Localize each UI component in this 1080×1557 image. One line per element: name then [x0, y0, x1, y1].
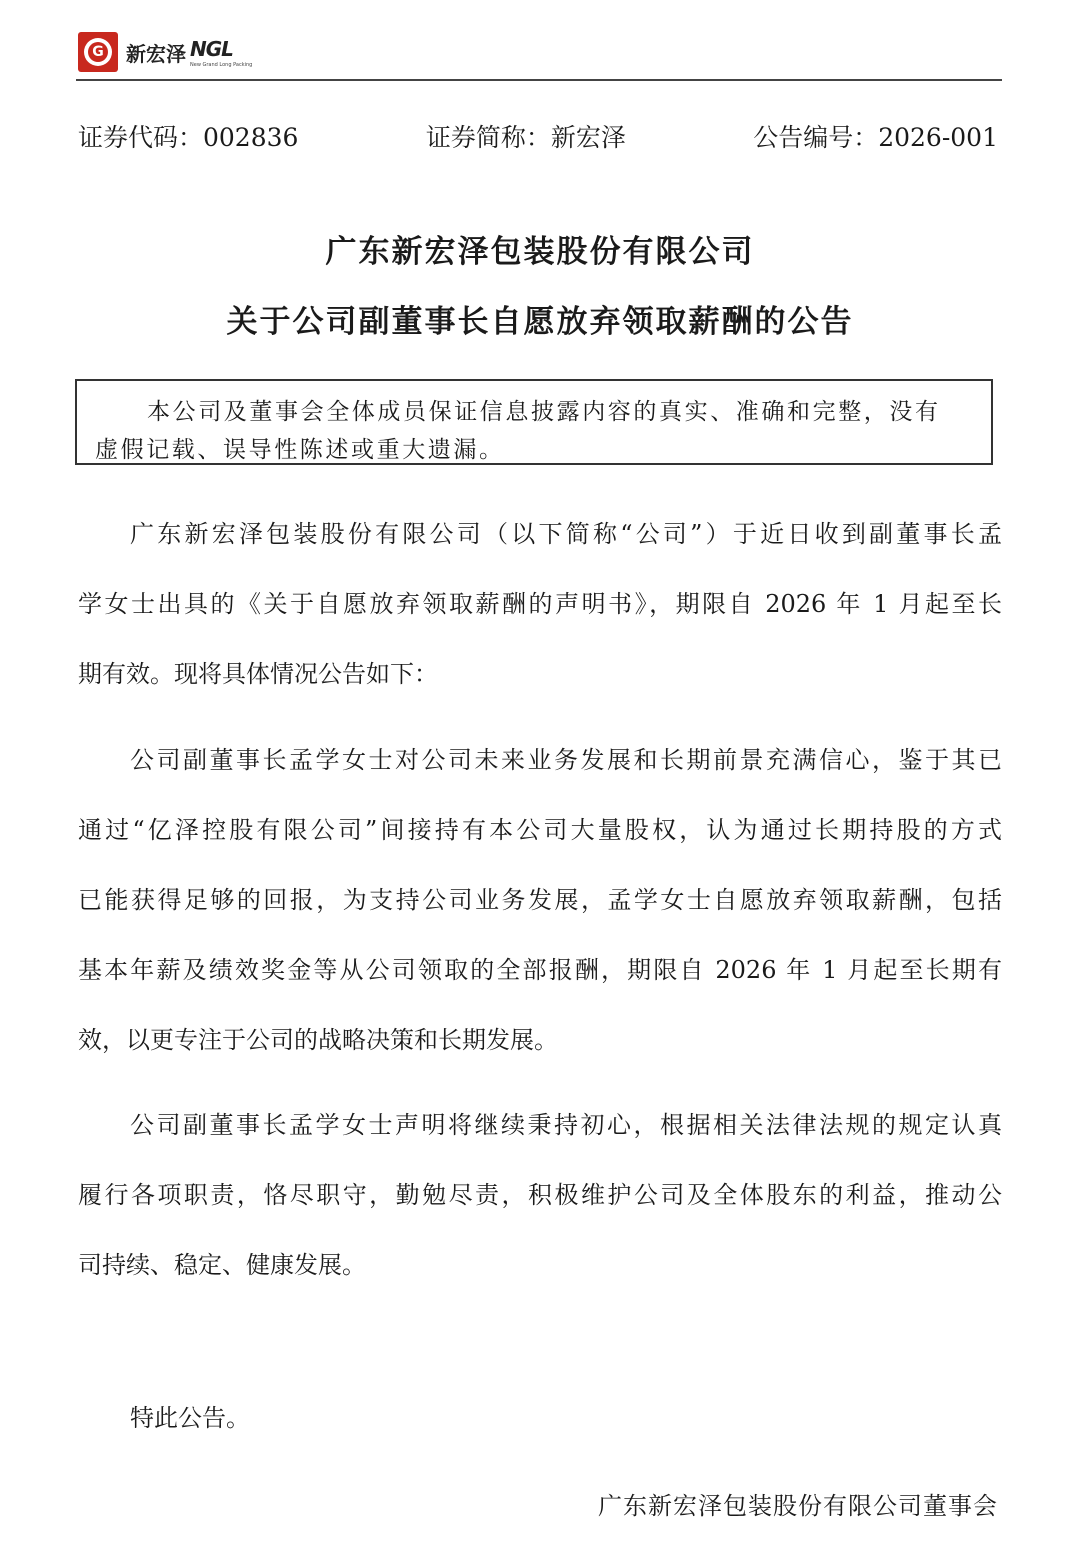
- logo-acronym: NGL: [190, 37, 252, 61]
- disclosure-statement-box: 本公司及董事会全体成员保证信息披露内容的真实、准确和完整，没有 虚假记载、误导性…: [75, 379, 993, 465]
- paragraph-line: 基本年薪及绩效奖金等从公司领取的全部报酬，期限自 2026 年 1 月起至长期有: [78, 950, 1002, 1020]
- security-short-name: 证券简称：新宏泽: [426, 118, 626, 154]
- logo-name-cn: 新宏泽: [126, 38, 186, 67]
- company-logo: G 新宏泽 NGL New Grand Long Packing: [78, 32, 252, 72]
- paragraph-line: 公司副董事长孟学女士声明将继续秉持初心，根据相关法律法规的规定认真: [78, 1105, 1002, 1175]
- paragraph-line: 已能获得足够的回报，为支持公司业务发展，孟学女士自愿放弃领取薪酬，包括: [78, 880, 1002, 950]
- paragraph-line: 履行各项职责，恪尽职守，勤勉尽责，积极维护公司及全体股东的利益，推动公: [78, 1175, 1002, 1245]
- disclosure-line: 虚假记载、误导性陈述或重大遗漏。: [95, 431, 975, 469]
- security-code: 证券代码：002836: [78, 118, 298, 154]
- board-signature: 广东新宏泽包装股份有限公司董事会: [598, 1486, 998, 1521]
- paragraph-line: 效，以更专注于公司的战略决策和长期发展。: [78, 1020, 1002, 1090]
- company-g-logo-icon: G: [78, 32, 118, 72]
- announcement-meta: 证券代码：002836 证券简称：新宏泽 公告编号：2026-001: [78, 118, 998, 154]
- disclosure-line: 本公司及董事会全体成员保证信息披露内容的真实、准确和完整，没有: [95, 393, 975, 431]
- paragraph-line: 公司副董事长孟学女士对公司未来业务发展和长期前景充满信心，鉴于其已: [78, 740, 1002, 810]
- body-paragraph-2: 公司副董事长孟学女士对公司未来业务发展和长期前景充满信心，鉴于其已 通过“亿泽控…: [78, 740, 1002, 1090]
- announcement-number: 公告编号：2026-001: [753, 118, 998, 154]
- body-paragraph-1: 广东新宏泽包装股份有限公司（以下简称“公司”）于近日收到副董事长孟 学女士出具的…: [78, 514, 1002, 724]
- paragraph-line: 学女士出具的《关于自愿放弃领取薪酬的声明书》，期限自 2026 年 1 月起至长: [78, 584, 1002, 654]
- paragraph-line: 广东新宏泽包装股份有限公司（以下简称“公司”）于近日收到副董事长孟: [78, 514, 1002, 584]
- announcement-title: 关于公司副董事长自愿放弃领取薪酬的公告: [0, 296, 1080, 341]
- logo-tagline: New Grand Long Packing: [190, 62, 252, 68]
- paragraph-line: 通过“亿泽控股有限公司”间接持有本公司大量股权，认为通过长期持股的方式: [78, 810, 1002, 880]
- paragraph-line: 期有效。现将具体情况公告如下：: [78, 654, 1002, 724]
- paragraph-line: 司持续、稳定、健康发展。: [78, 1245, 1002, 1315]
- logo-name-en: NGL New Grand Long Packing: [190, 37, 252, 68]
- closing-remark: 特此公告。: [130, 1398, 250, 1433]
- header-divider: [76, 79, 1002, 81]
- body-paragraph-3: 公司副董事长孟学女士声明将继续秉持初心，根据相关法律法规的规定认真 履行各项职责…: [78, 1105, 1002, 1315]
- company-title: 广东新宏泽包装股份有限公司: [0, 226, 1080, 271]
